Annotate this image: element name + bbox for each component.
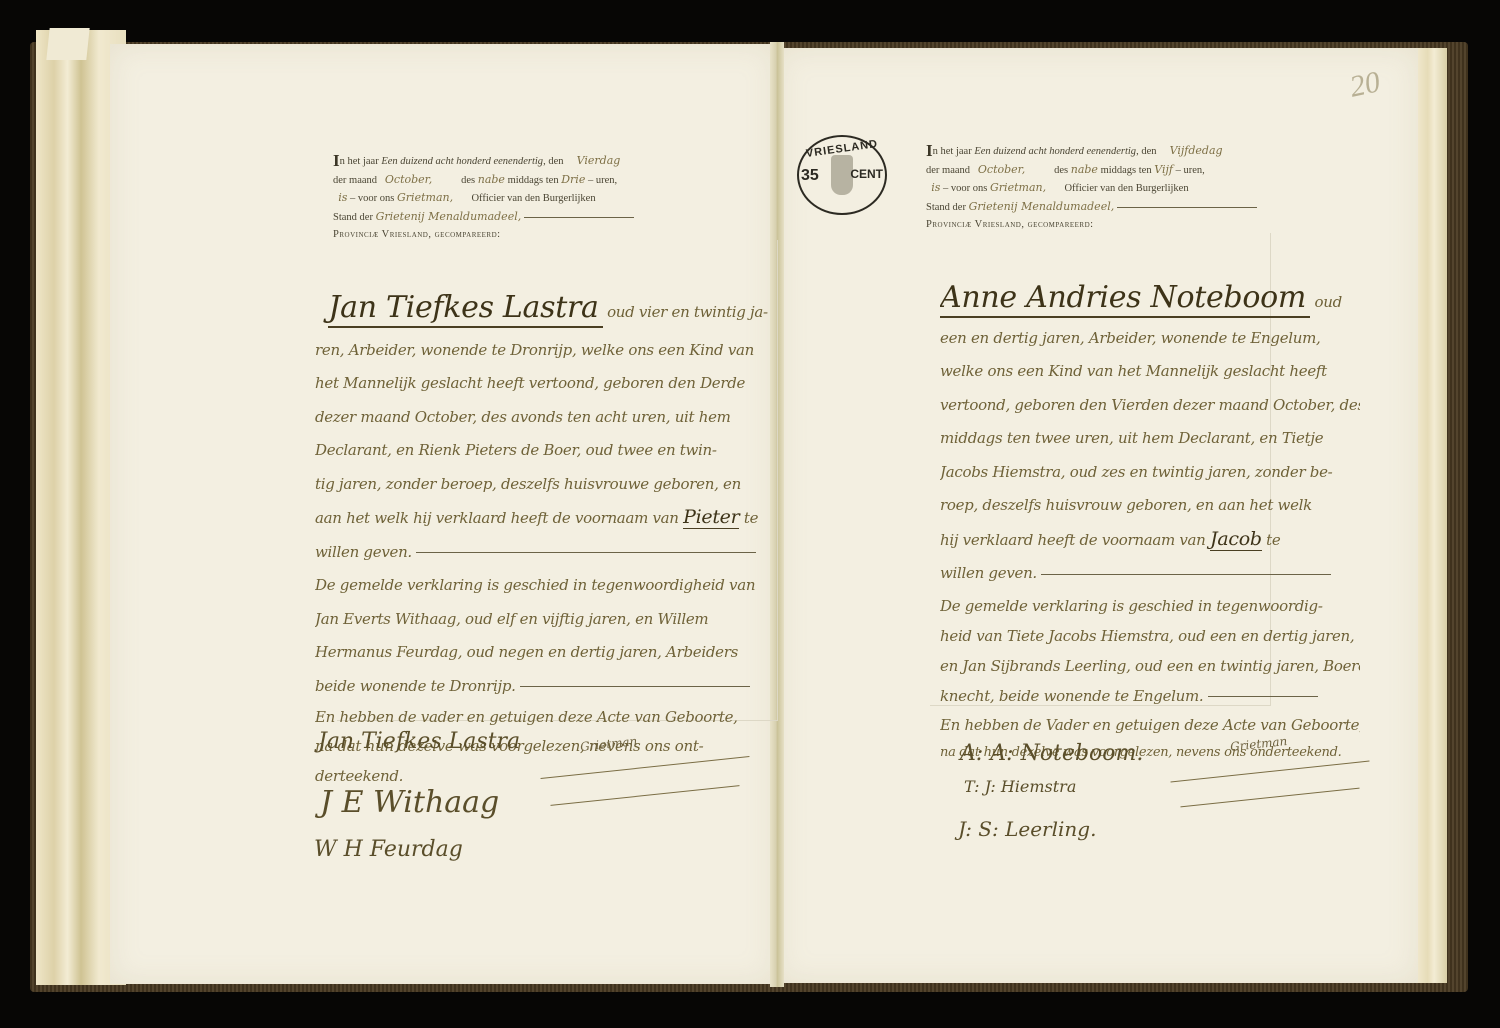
blank-rule: [524, 217, 634, 218]
printed-text: , den: [543, 156, 563, 167]
signature-witness-2: J: S: Leerling.: [958, 817, 1096, 841]
body-line: welke ons een Kind van het Mannelijk ges…: [940, 355, 1360, 389]
body-line: Declarant, en Rienk Pieters de Boer, oud…: [315, 434, 785, 468]
printed-text: voor ons: [358, 193, 394, 204]
form-line-2: der maand October, des nabe middags ten …: [926, 161, 1391, 180]
printed-text: n het jaar: [340, 156, 382, 167]
tax-stamp: VRIESLAND 35 CENT: [797, 135, 887, 215]
printed-year: Een duizend acht honderd eenendertig: [974, 146, 1136, 157]
declarant-row: Anne Andries Noteboom oud: [940, 280, 1360, 320]
officer-flourish: [1170, 761, 1369, 783]
form-line-2: der maand October, des nabe middags ten …: [333, 171, 781, 190]
officer-flourish: [1180, 788, 1359, 808]
declarant-name: Jan Tiefkes Lastra: [328, 290, 602, 328]
body-line: heid van Tiete Jacobs Hiemstra, oud een …: [940, 621, 1360, 651]
signature-father: A: A: Noteboom.: [960, 741, 1143, 766]
printed-text: uren,: [596, 175, 617, 186]
printed-text: middags ten: [1101, 165, 1152, 176]
printed-text: Stand der: [926, 202, 966, 213]
hw-municipality: Grietenij Menaldumadeel,: [969, 200, 1115, 213]
hw-is: is: [931, 181, 940, 194]
officer-flourish: [550, 785, 739, 806]
form-line-1: In het jaar Een duizend acht honderd een…: [333, 152, 781, 171]
printed-text: uren,: [1184, 165, 1205, 176]
body-line: De gemelde verklaring is geschied in teg…: [940, 591, 1360, 621]
printed-text: der maand: [926, 165, 970, 176]
signature-witness-2: W H Feurdag: [314, 837, 463, 862]
printed-text: Stand der: [333, 212, 373, 223]
blank-rule: [1117, 207, 1257, 208]
body-line: vertoond, geboren den Vierden dezer maan…: [940, 389, 1360, 423]
signature-officer: Grietman: [1229, 734, 1288, 754]
form-line-4: Stand der Grietenij Menaldumadeel,: [333, 208, 781, 227]
child-name-row: hij verklaard heeft de voornaam van Jaco…: [940, 523, 1360, 558]
body-line: Jacobs Hiemstra, oud zes en twintig jare…: [940, 456, 1360, 490]
blank-rule: [520, 686, 750, 687]
left-form-header: In het jaar Een duizend acht honderd een…: [333, 152, 781, 244]
stamp-number: 35: [801, 167, 819, 185]
printed-text: , den: [1136, 146, 1156, 157]
right-page-stack: [1415, 48, 1447, 983]
body-line: tig jaren, zonder beroep, deszelfs huisv…: [315, 468, 785, 502]
body-line: middags ten twee uren, uit hem Declarant…: [940, 422, 1360, 456]
body-line-row: beide wonende te Dronrijp.: [315, 670, 785, 704]
signature-officer: Grietman: [579, 734, 638, 754]
officer-flourish: [541, 756, 750, 779]
child-name: Jacob: [1210, 528, 1262, 551]
printed-text: der maand: [333, 175, 377, 186]
hw-municipality: Grietenij Menaldumadeel,: [376, 210, 522, 223]
blank-rule: [1208, 696, 1318, 697]
left-record-body: Jan Tiefkes Lastra oud vier en twintig j…: [315, 290, 785, 791]
printed-year: Een duizend acht honderd eenendertig: [381, 156, 543, 167]
child-name: Pieter: [683, 506, 739, 529]
left-page-stack-top: [46, 28, 89, 60]
body-line: knecht, beide wonende te Engelum.: [940, 687, 1203, 705]
printed-text: des: [1054, 165, 1068, 176]
body-line: oud: [1314, 293, 1341, 311]
body-line: Jan Everts Withaag, oud elf en vijftig j…: [315, 603, 785, 637]
hw-month: October,: [385, 173, 432, 186]
hw-day: Vijfdedag: [1170, 144, 1223, 157]
body-line-row: willen geven.: [940, 557, 1360, 591]
body-line: aan het welk hij verklaard heeft de voor…: [315, 509, 679, 527]
body-line: willen geven.: [315, 543, 412, 561]
form-line-3: is – voor ons Grietman, Officier van den…: [333, 189, 781, 208]
hw-day: Vierdag: [577, 154, 621, 167]
body-line: willen geven.: [940, 564, 1037, 582]
body-line-row: willen geven.: [315, 536, 785, 570]
body-line-row: knecht, beide wonende te Engelum.: [940, 681, 1360, 711]
hw-title: Grietman,: [990, 181, 1046, 194]
hw-title: Grietman,: [397, 191, 453, 204]
body-line: een en dertig jaren, Arbeider, wonende t…: [940, 322, 1360, 356]
blank-rule: [416, 552, 756, 553]
body-line: Hermanus Feurdag, oud negen en dertig ja…: [315, 636, 785, 670]
hw-nabe: nabe: [478, 173, 505, 186]
printed-text: des: [461, 175, 475, 186]
printed-text: n het jaar: [933, 146, 975, 157]
hw-hour: Drie: [561, 173, 585, 186]
left-signatures: Jan Tiefkes Lastra J E Withaag W H Feurd…: [300, 725, 780, 885]
body-line: het Mannelijk geslacht heeft vertoond, g…: [315, 367, 785, 401]
dropcap: I: [333, 151, 340, 170]
signature-witness-1: T: J: Hiemstra: [964, 777, 1076, 796]
printed-text: Officier van den Burgerlijken: [471, 193, 595, 204]
form-line-1: In het jaar Een duizend acht honderd een…: [926, 142, 1391, 161]
body-line: ren, Arbeider, wonende te Dronrijp, welk…: [315, 334, 785, 368]
declarant-name: Anne Andries Noteboom: [940, 280, 1310, 318]
printed-text: Officier van den Burgerlijken: [1064, 183, 1188, 194]
right-form-header: In het jaar Een duizend acht honderd een…: [926, 142, 1391, 234]
hw-nabe: nabe: [1071, 163, 1098, 176]
declarant-row: Jan Tiefkes Lastra oud vier en twintig j…: [315, 290, 785, 330]
printed-text: voor ons: [951, 183, 987, 194]
form-line-5: Provinciæ Vriesland, gecompareerd:: [926, 216, 1391, 234]
child-name-row: aan het welk hij verklaard heeft de voor…: [315, 501, 785, 536]
hw-hour: Vijf: [1154, 163, 1173, 176]
body-line: en Jan Sijbrands Leerling, oud een en tw…: [940, 651, 1360, 681]
body-line: roep, deszelfs huisvrouw geboren, en aan…: [940, 489, 1360, 523]
body-line: beide wonende te Dronrijp.: [315, 677, 516, 695]
body-line: dezer maand October, des avonds ten acht…: [315, 401, 785, 435]
printed-text: middags ten: [508, 175, 559, 186]
signature-witness-1: J E Withaag: [320, 785, 499, 820]
hw-is: is: [338, 191, 347, 204]
blank-rule: [1041, 574, 1331, 575]
form-line-4: Stand der Grietenij Menaldumadeel,: [926, 198, 1391, 217]
signature-father: Jan Tiefkes Lastra: [318, 729, 520, 754]
dropcap: I: [926, 141, 933, 160]
body-line: hij verklaard heeft de voornaam van: [940, 531, 1206, 549]
form-line-3: is – voor ons Grietman, Officier van den…: [926, 179, 1391, 198]
right-record-body: Anne Andries Noteboom oud een en dertig …: [940, 280, 1360, 767]
body-line: oud vier en twintig ja-: [607, 303, 768, 321]
body-line: De gemelde verklaring is geschied in teg…: [315, 569, 785, 603]
hw-month: October,: [978, 163, 1025, 176]
right-signatures: A: A: Noteboom. T: J: Hiemstra J: S: Lee…: [940, 725, 1380, 875]
stamp-value: CENT: [850, 167, 883, 181]
